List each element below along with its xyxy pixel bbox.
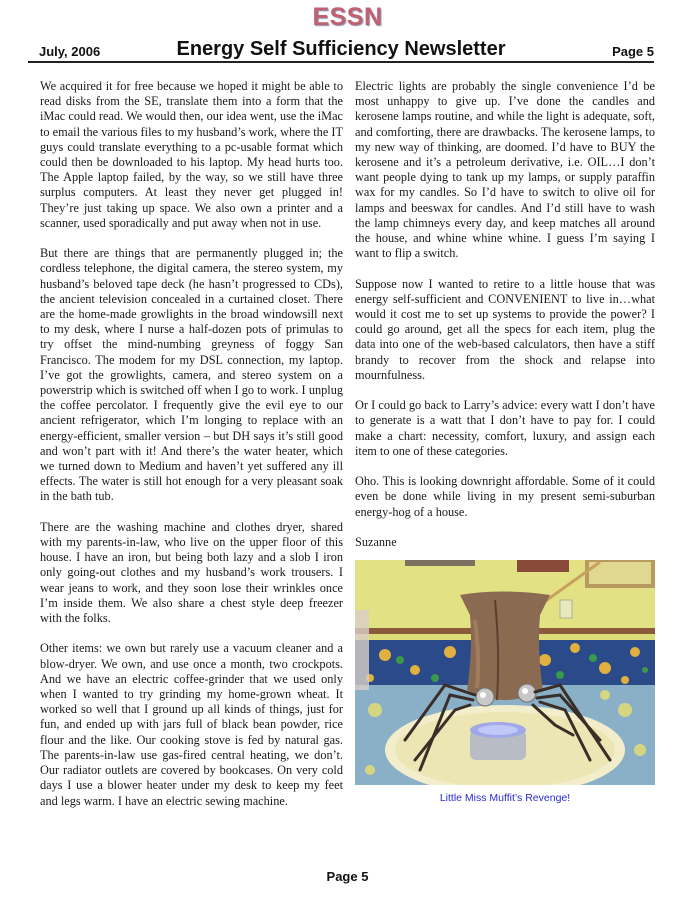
header-page-number: Page 5 [612,44,654,59]
paragraph: Or I could go back to Larry’s advice: ev… [355,398,655,459]
paragraph: Suppose now I wanted to retire to a litt… [355,277,655,383]
signature: Suzanne [355,535,655,550]
paragraph: Other items: we own but rarely use a vac… [40,641,343,808]
right-column: Electric lights are probably the single … [355,79,655,806]
paragraph: Oho. This is looking downright affordabl… [355,474,655,520]
footer-page-number: Page 5 [0,869,695,884]
paragraph: Electric lights are probably the single … [355,79,655,261]
newsletter-title: Energy Self Sufficiency Newsletter [28,38,654,61]
paragraph: We acquired it for free because we hoped… [40,79,343,231]
page-header: July, 2006 Energy Self Sufficiency Newsl… [28,36,654,63]
masthead-logo: ESSN [0,3,695,32]
left-column: We acquired it for free because we hoped… [40,79,343,824]
paragraph: There are the washing machine and clothe… [40,520,343,626]
spider-pot-photo [355,560,655,785]
photo-caption: Little Miss Muffit’s Revenge! [355,791,655,806]
photo-illustration [355,560,655,785]
paragraph: But there are things that are permanentl… [40,246,343,504]
